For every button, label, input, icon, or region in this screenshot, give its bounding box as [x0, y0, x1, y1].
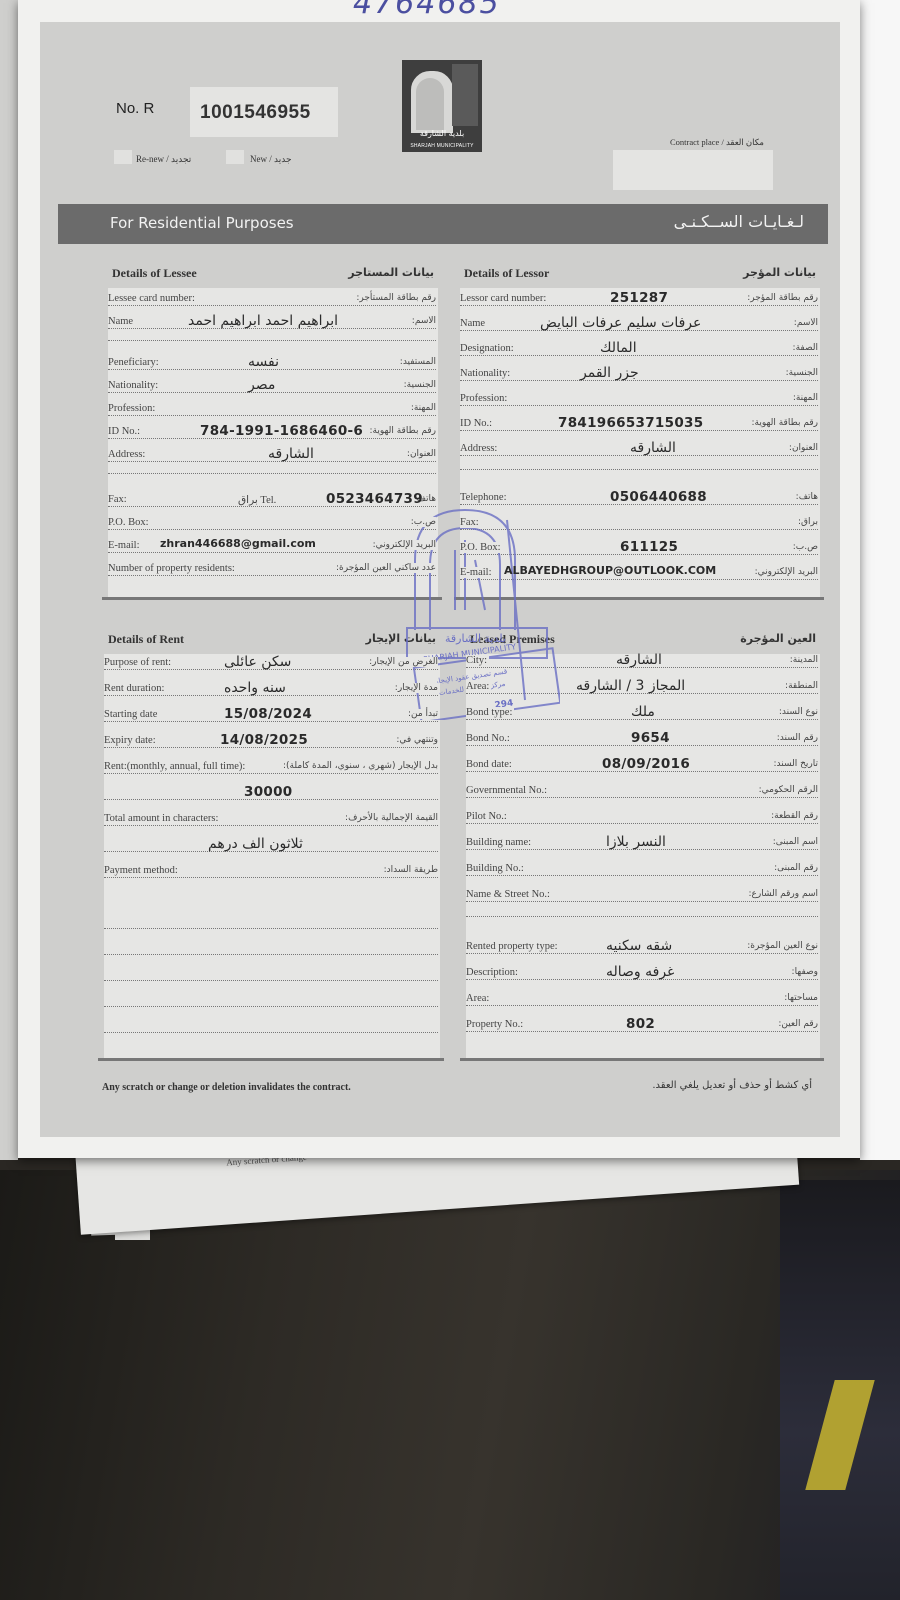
blank-line — [466, 916, 818, 917]
lessor-field-label-en: Designation: — [460, 343, 516, 354]
lessee-field-label-en: Name — [108, 316, 135, 327]
rent-field-row: Purpose of rent:الغرض من الإيجار:سكن عائ… — [104, 654, 438, 674]
lessee-field-label-en: Fax: — [108, 494, 129, 505]
rent-field-value[interactable]: 30000 — [244, 784, 292, 800]
lessor-title-ar: بيانات المؤجر — [743, 266, 816, 279]
lessee-field-row: Address:العنوان:الشارقه — [108, 446, 436, 466]
premises-field-label-ar: تاريخ السند: — [771, 759, 818, 769]
rent-title-en: Details of Rent — [108, 632, 184, 647]
lessor-field-label-en: Profession: — [460, 393, 509, 404]
lessor-field-row: ID No.:رقم بطاقة الهوية:784196653715035 — [460, 415, 818, 435]
lessee-details-panel: Details of Lesseeبيانات المستاجر Lessee … — [102, 262, 442, 602]
payment-method-blank-line — [104, 1032, 438, 1033]
leased-premises-panel: Leased Premisesالعين المؤجرة City:المدين… — [460, 628, 824, 1064]
lessor-field-label-ar: هاتف: — [794, 492, 818, 502]
rent-field-row[interactable]: Rent:(monthly, annual, full time):بدل ال… — [104, 758, 438, 778]
lessor-field-value[interactable]: 0506440688 — [610, 489, 707, 505]
lessor-field-value[interactable]: عرفات سليم عرفات البايض — [540, 315, 701, 331]
premises-field-label-ar: المدينة: — [788, 655, 818, 665]
lessee-field-label-ar: الاسم: — [410, 316, 436, 326]
premises-field-label-ar: اسم المبنى: — [771, 837, 818, 847]
lessee-field-label-ar: البريد الإلكتروني: — [371, 540, 436, 550]
premises-field-value[interactable]: شقه سكنيه — [606, 938, 672, 954]
rent-field-row: Rent duration:مدة الإيجار:سنه واحده — [104, 680, 438, 700]
rent-field-label-en: Rent duration: — [104, 683, 166, 694]
lessor-field-label-ar: البريد الإلكتروني: — [753, 567, 818, 577]
lessor-field-row: Nameالاسم:عرفات سليم عرفات البايض — [460, 315, 818, 335]
lessee-field-row[interactable]: Number of property residents:عدد ساكني ا… — [108, 560, 436, 580]
lessee-field-row[interactable]: Lessee card number:رقم بطاقة المستأجر: — [108, 290, 436, 310]
premises-field-label-en: Description: — [466, 967, 520, 978]
lessee-field-row: E-mail:البريد الإلكتروني:zhran446688@gma… — [108, 537, 436, 557]
contract-number-label: No. R — [116, 100, 154, 117]
new-label: New / جديد — [250, 154, 292, 165]
rent-field-label-ar: طريقة السداد: — [382, 865, 438, 875]
lessee-field-label-en: Lessee card number: — [108, 293, 197, 304]
rent-field-label-ar: تبدأ من: — [406, 709, 438, 719]
lessee-title-en: Details of Lessee — [112, 266, 197, 281]
lessor-field-label-ar: الاسم: — [792, 318, 818, 328]
lessee-field-value[interactable]: ابراهيم احمد ابراهيم احمد — [188, 313, 338, 329]
lessee-field-row: Fax:هاتفبراق Tel.0523464739 — [108, 491, 436, 511]
handwritten-number: 4764685 — [353, 0, 501, 21]
lessor-details-panel: Details of Lessorبيانات المؤجر Lessor ca… — [454, 262, 824, 602]
lessor-field-label-ar: رقم بطاقة الهوية: — [749, 418, 818, 428]
lessee-field-row: ID No.:رقم بطاقة الهوية:784-1991-1686460… — [108, 423, 436, 443]
banner-title-en: For Residential Purposes — [110, 214, 294, 232]
premises-field-label-en: City: — [466, 655, 489, 666]
lessor-field-row: Nationality:الجنسية:جزر القمر — [460, 365, 818, 385]
lessor-field-value[interactable]: 251287 — [610, 290, 668, 306]
rent-field-label-en: Starting date — [104, 709, 159, 720]
premises-field-value[interactable]: المجاز 3 / الشارقه — [576, 678, 685, 694]
lessor-field-label-ar: الجنسية: — [784, 368, 818, 378]
lessee-title-ar: بيانات المستاجر — [348, 266, 434, 279]
blank-line — [108, 473, 436, 474]
lessor-field-label-en: Name — [460, 318, 487, 329]
lessee-field-row: Nameالاسم:ابراهيم احمد ابراهيم احمد — [108, 313, 436, 333]
premises-field-label-en: Bond date: — [466, 759, 514, 770]
lessee-field-value[interactable]: 784-1991-1686460-6 — [200, 423, 363, 439]
premises-field-label-ar: نوع السند: — [777, 707, 818, 717]
premises-field-value[interactable]: الشارقه — [616, 652, 662, 668]
lessor-field-value[interactable]: جزر القمر — [580, 365, 639, 381]
premises-field-value[interactable]: 08/09/2016 — [602, 756, 690, 772]
paper-edge-left — [0, 0, 18, 1160]
lessee-field-value[interactable]: 0523464739 — [326, 491, 423, 507]
premises-field-row: Area:المنطقة:المجاز 3 / الشارقه — [466, 678, 818, 698]
payment-method-blank-line — [104, 1006, 438, 1007]
premises-field-row: Bond No.:رقم السند:9654 — [466, 730, 818, 750]
rent-field-value[interactable]: 15/08/2024 — [224, 706, 312, 722]
premises-field-label-en: Area: — [466, 993, 491, 1004]
premises-field-label-en: Bond No.: — [466, 733, 512, 744]
footer-warning-ar: أي كشط أو حذف أو تعديل يلغي العقد. — [652, 1080, 812, 1091]
premises-field-label-en: Governmental No.: — [466, 785, 549, 796]
lessor-field-label-en: E-mail: — [460, 567, 494, 578]
rent-field-row: ثلاثون الف درهم — [104, 836, 438, 856]
premises-field-label-ar: رقم السند: — [775, 733, 818, 743]
lessor-field-row: Designation:الصفة:المالك — [460, 340, 818, 360]
rent-field-value[interactable]: 14/08/2025 — [220, 732, 308, 748]
premises-field-row: City:المدينة:الشارقه — [466, 652, 818, 672]
lessor-field-label-en: P.O. Box: — [460, 542, 503, 553]
lessor-field-label-en: ID No.: — [460, 418, 494, 429]
lessee-field-label-en: P.O. Box: — [108, 517, 151, 528]
lessor-field-label-ar: ص.ب: — [791, 542, 818, 552]
premises-title-en: Leased Premises — [470, 632, 555, 647]
lessee-field-row[interactable]: P.O. Box:ص.ب: — [108, 514, 436, 534]
rent-field-row[interactable]: Payment method:طريقة السداد: — [104, 862, 438, 882]
lessee-field-label-en: Profession: — [108, 403, 157, 414]
lessee-field-label-ar: المستفيد: — [398, 357, 436, 367]
rent-title-ar: بيانات الإيجار — [366, 632, 436, 645]
banner-title-ar: لـغـايـات الســكـنـى — [674, 212, 804, 231]
lessee-field-row: Peneficiary:المستفيد:نفسه — [108, 354, 436, 374]
rent-field-row[interactable]: Total amount in characters:القيمة الإجما… — [104, 810, 438, 830]
lessee-field-label-ar: رقم بطاقة المستأجر: — [354, 293, 436, 303]
renew-label: Re-new / تجديد — [136, 154, 191, 165]
premises-field-row: Building name:اسم المبنى:النسر بلازا — [466, 834, 818, 854]
premises-field-row: Rented property type:نوع العين المؤجرة:ش… — [466, 938, 818, 958]
lessee-field-label-en: Peneficiary: — [108, 357, 161, 368]
premises-field-value[interactable]: ملك — [631, 704, 655, 720]
lessee-field-label-ar: ص.ب: — [409, 517, 436, 527]
premises-field-row[interactable]: Pilot No.:رقم القطعة: — [466, 808, 818, 828]
rent-field-label-en: Total amount in characters: — [104, 813, 220, 824]
lessee-field-value[interactable]: مصر — [248, 377, 275, 393]
lessor-field-label-en: Telephone: — [460, 492, 509, 503]
premises-field-value[interactable]: غرفه وصاله — [606, 964, 674, 980]
tenancy-contract-form: No. R 1001546955 Re-new / تجديد New / جد… — [40, 22, 840, 1137]
lessor-field-value[interactable]: 611125 — [620, 539, 678, 555]
lessor-field-row[interactable]: Profession:المهنة: — [460, 390, 818, 410]
lessor-field-label-ar: العنوان: — [787, 443, 818, 453]
payment-method-blank-line — [104, 954, 438, 955]
rent-field-value[interactable]: سنه واحده — [224, 680, 286, 696]
paper-edge-right — [860, 0, 900, 1160]
lessor-title-en: Details of Lessor — [464, 266, 549, 281]
lessor-field-row: Telephone:هاتف:0506440688 — [460, 489, 818, 509]
lessee-field-label-en: Number of property residents: — [108, 563, 237, 574]
lessee-field-label-ar: الجنسية: — [402, 380, 436, 390]
premises-field-row[interactable]: Building No.:رقم المبنى: — [466, 860, 818, 880]
lessee-field-row[interactable]: Profession:المهنة: — [108, 400, 436, 420]
premises-field-label-en: Pilot No.: — [466, 811, 509, 822]
premises-field-label-en: Name & Street No.: — [466, 889, 552, 900]
premises-field-label-en: Building name: — [466, 837, 533, 848]
rent-field-row: Starting dateتبدأ من:15/08/2024 — [104, 706, 438, 726]
lessee-field-label-ar: العنوان: — [405, 449, 436, 459]
lessor-field-value[interactable]: الشارقه — [630, 440, 676, 456]
lessee-field-label-ar: عدد ساكني العين المؤجرة: — [334, 563, 436, 573]
contract-place-field[interactable] — [613, 150, 773, 190]
renew-checkbox[interactable] — [114, 150, 132, 164]
lessee-field-label-en: Nationality: — [108, 380, 160, 391]
blank-line — [108, 340, 436, 341]
lessee-field-label-en: E-mail: — [108, 540, 142, 551]
lessor-field-label-ar: المهنة: — [791, 393, 818, 403]
premises-field-label-ar: رقم المبنى: — [772, 863, 818, 873]
lessor-field-row: P.O. Box:ص.ب:611125 — [460, 539, 818, 559]
premises-field-row[interactable]: Area:مساحتها: — [466, 990, 818, 1010]
lessor-field-row: E-mail:البريد الإلكتروني:ALBAYEDHGROUP@O… — [460, 564, 818, 584]
rent-field-label-ar: وتنتهي في: — [394, 735, 438, 745]
premises-field-label-en: Area: — [466, 681, 491, 692]
rent-field-label-ar: القيمة الإجمالية بالأحرف: — [343, 813, 438, 823]
rent-field-value[interactable]: سكن عائلى — [224, 654, 291, 670]
lessor-field-value[interactable]: 784196653715035 — [558, 415, 703, 431]
rent-field-row: 30000 — [104, 784, 438, 804]
rent-field-value[interactable]: ثلاثون الف درهم — [208, 836, 303, 852]
new-checkbox[interactable] — [226, 150, 244, 164]
contract-number-value: 1001546955 — [200, 102, 311, 124]
premises-field-row[interactable]: Name & Street No.:اسم ورقم الشارع: — [466, 886, 818, 906]
lessor-field-label-ar: براق: — [796, 517, 818, 527]
lessee-field-row: Nationality:الجنسية:مصر — [108, 377, 436, 397]
lessor-field-value[interactable]: المالك — [600, 340, 637, 356]
lessee-field-value[interactable]: الشارقه — [268, 446, 314, 462]
rent-field-row: Expiry date:وتنتهي في:14/08/2025 — [104, 732, 438, 752]
lessee-field-label-en: Address: — [108, 449, 147, 460]
premises-field-label-ar: رقم العين: — [776, 1019, 818, 1029]
premises-field-value[interactable]: 9654 — [631, 730, 670, 746]
premises-field-row: Description:وصفها:غرفه وصاله — [466, 964, 818, 984]
rent-field-label-ar: مدة الإيجار: — [393, 683, 438, 693]
lessor-field-label-ar: الصفة: — [791, 343, 818, 353]
premises-field-row: Property No.:رقم العين:802 — [466, 1016, 818, 1036]
blank-line — [460, 469, 818, 470]
payment-method-blank-line — [104, 1058, 438, 1059]
premises-field-row: Bond type:نوع السند:ملك — [466, 704, 818, 724]
premises-field-label-en: Building No.: — [466, 863, 526, 874]
lessor-field-row: Lessor card number:رقم بطاقة المؤجر:2512… — [460, 290, 818, 310]
lessor-field-label-ar: رقم بطاقة المؤجر: — [745, 293, 818, 303]
lessee-field-label-en: ID No.: — [108, 426, 142, 437]
lessor-field-label-en: Lessor card number: — [460, 293, 548, 304]
premises-field-label-ar: الرقم الحكومي: — [757, 785, 818, 795]
premises-field-label-en: Rented property type: — [466, 941, 560, 952]
lessor-field-row[interactable]: Fax:براق: — [460, 514, 818, 534]
premises-field-label-ar: نوع العين المؤجرة: — [745, 941, 818, 951]
lessee-field-value[interactable]: zhran446688@gmail.com — [160, 537, 316, 550]
lessee-field-label-ar: المهنة: — [409, 403, 436, 413]
contract-place-label: Contract place / مكان العقد — [670, 137, 764, 148]
lessor-field-label-en: Nationality: — [460, 368, 512, 379]
contract-sheet: 4764685 No. R 1001546955 Re-new / تجديد … — [18, 0, 860, 1158]
premises-field-value[interactable]: 802 — [626, 1016, 655, 1032]
premises-title-ar: العين المؤجرة — [740, 632, 816, 645]
premises-field-label-ar: المنطقة: — [783, 681, 818, 691]
rent-field-label-ar: الغرض من الإيجار: — [367, 657, 438, 667]
premises-field-label-en: Bond type: — [466, 707, 514, 718]
rent-field-label-en: Rent:(monthly, annual, full time): — [104, 761, 247, 772]
lessee-field-label-tel: براق Tel. — [238, 494, 278, 506]
rent-field-label-ar: بدل الإيجار (شهري ، سنوي، المدة كاملة): — [281, 761, 438, 771]
payment-method-blank-line — [104, 928, 438, 929]
premises-field-value[interactable]: النسر بلازا — [606, 834, 666, 850]
premises-field-label-ar: رقم القطعة: — [769, 811, 818, 821]
premises-field-row[interactable]: Governmental No.:الرقم الحكومي: — [466, 782, 818, 802]
lessor-field-label-en: Address: — [460, 443, 499, 454]
residential-purposes-banner: For Residential Purposes لـغـايـات الســ… — [58, 204, 828, 244]
sharjah-municipality-logo: بلدية الشارقة SHARJAH MUNICIPALITY — [402, 60, 482, 152]
premises-field-label-ar: اسم ورقم الشارع: — [747, 889, 819, 899]
rent-field-label-en: Purpose of rent: — [104, 657, 173, 668]
lessor-field-row: Address:العنوان:الشارقه — [460, 440, 818, 460]
premises-field-label-ar: مساحتها: — [782, 993, 818, 1003]
lessor-field-label-en: Fax: — [460, 517, 481, 528]
lessee-field-label-ar: رقم بطاقة الهوية: — [367, 426, 436, 436]
payment-method-blank-line — [104, 980, 438, 981]
rent-details-panel: Details of Rentبيانات الإيجار Purpose of… — [98, 628, 444, 1064]
lessee-field-value[interactable]: نفسه — [248, 354, 279, 370]
premises-field-label-ar: وصفها: — [790, 967, 818, 977]
rent-field-label-en: Expiry date: — [104, 735, 158, 746]
footer-warning-en: Any scratch or change or deletion invali… — [102, 1082, 351, 1093]
premises-field-row: Bond date:تاريخ السند:08/09/2016 — [466, 756, 818, 776]
premises-field-label-en: Property No.: — [466, 1019, 525, 1030]
rent-field-label-en: Payment method: — [104, 865, 180, 876]
lessor-field-value[interactable]: ALBAYEDHGROUP@OUTLOOK.COM — [504, 564, 716, 577]
